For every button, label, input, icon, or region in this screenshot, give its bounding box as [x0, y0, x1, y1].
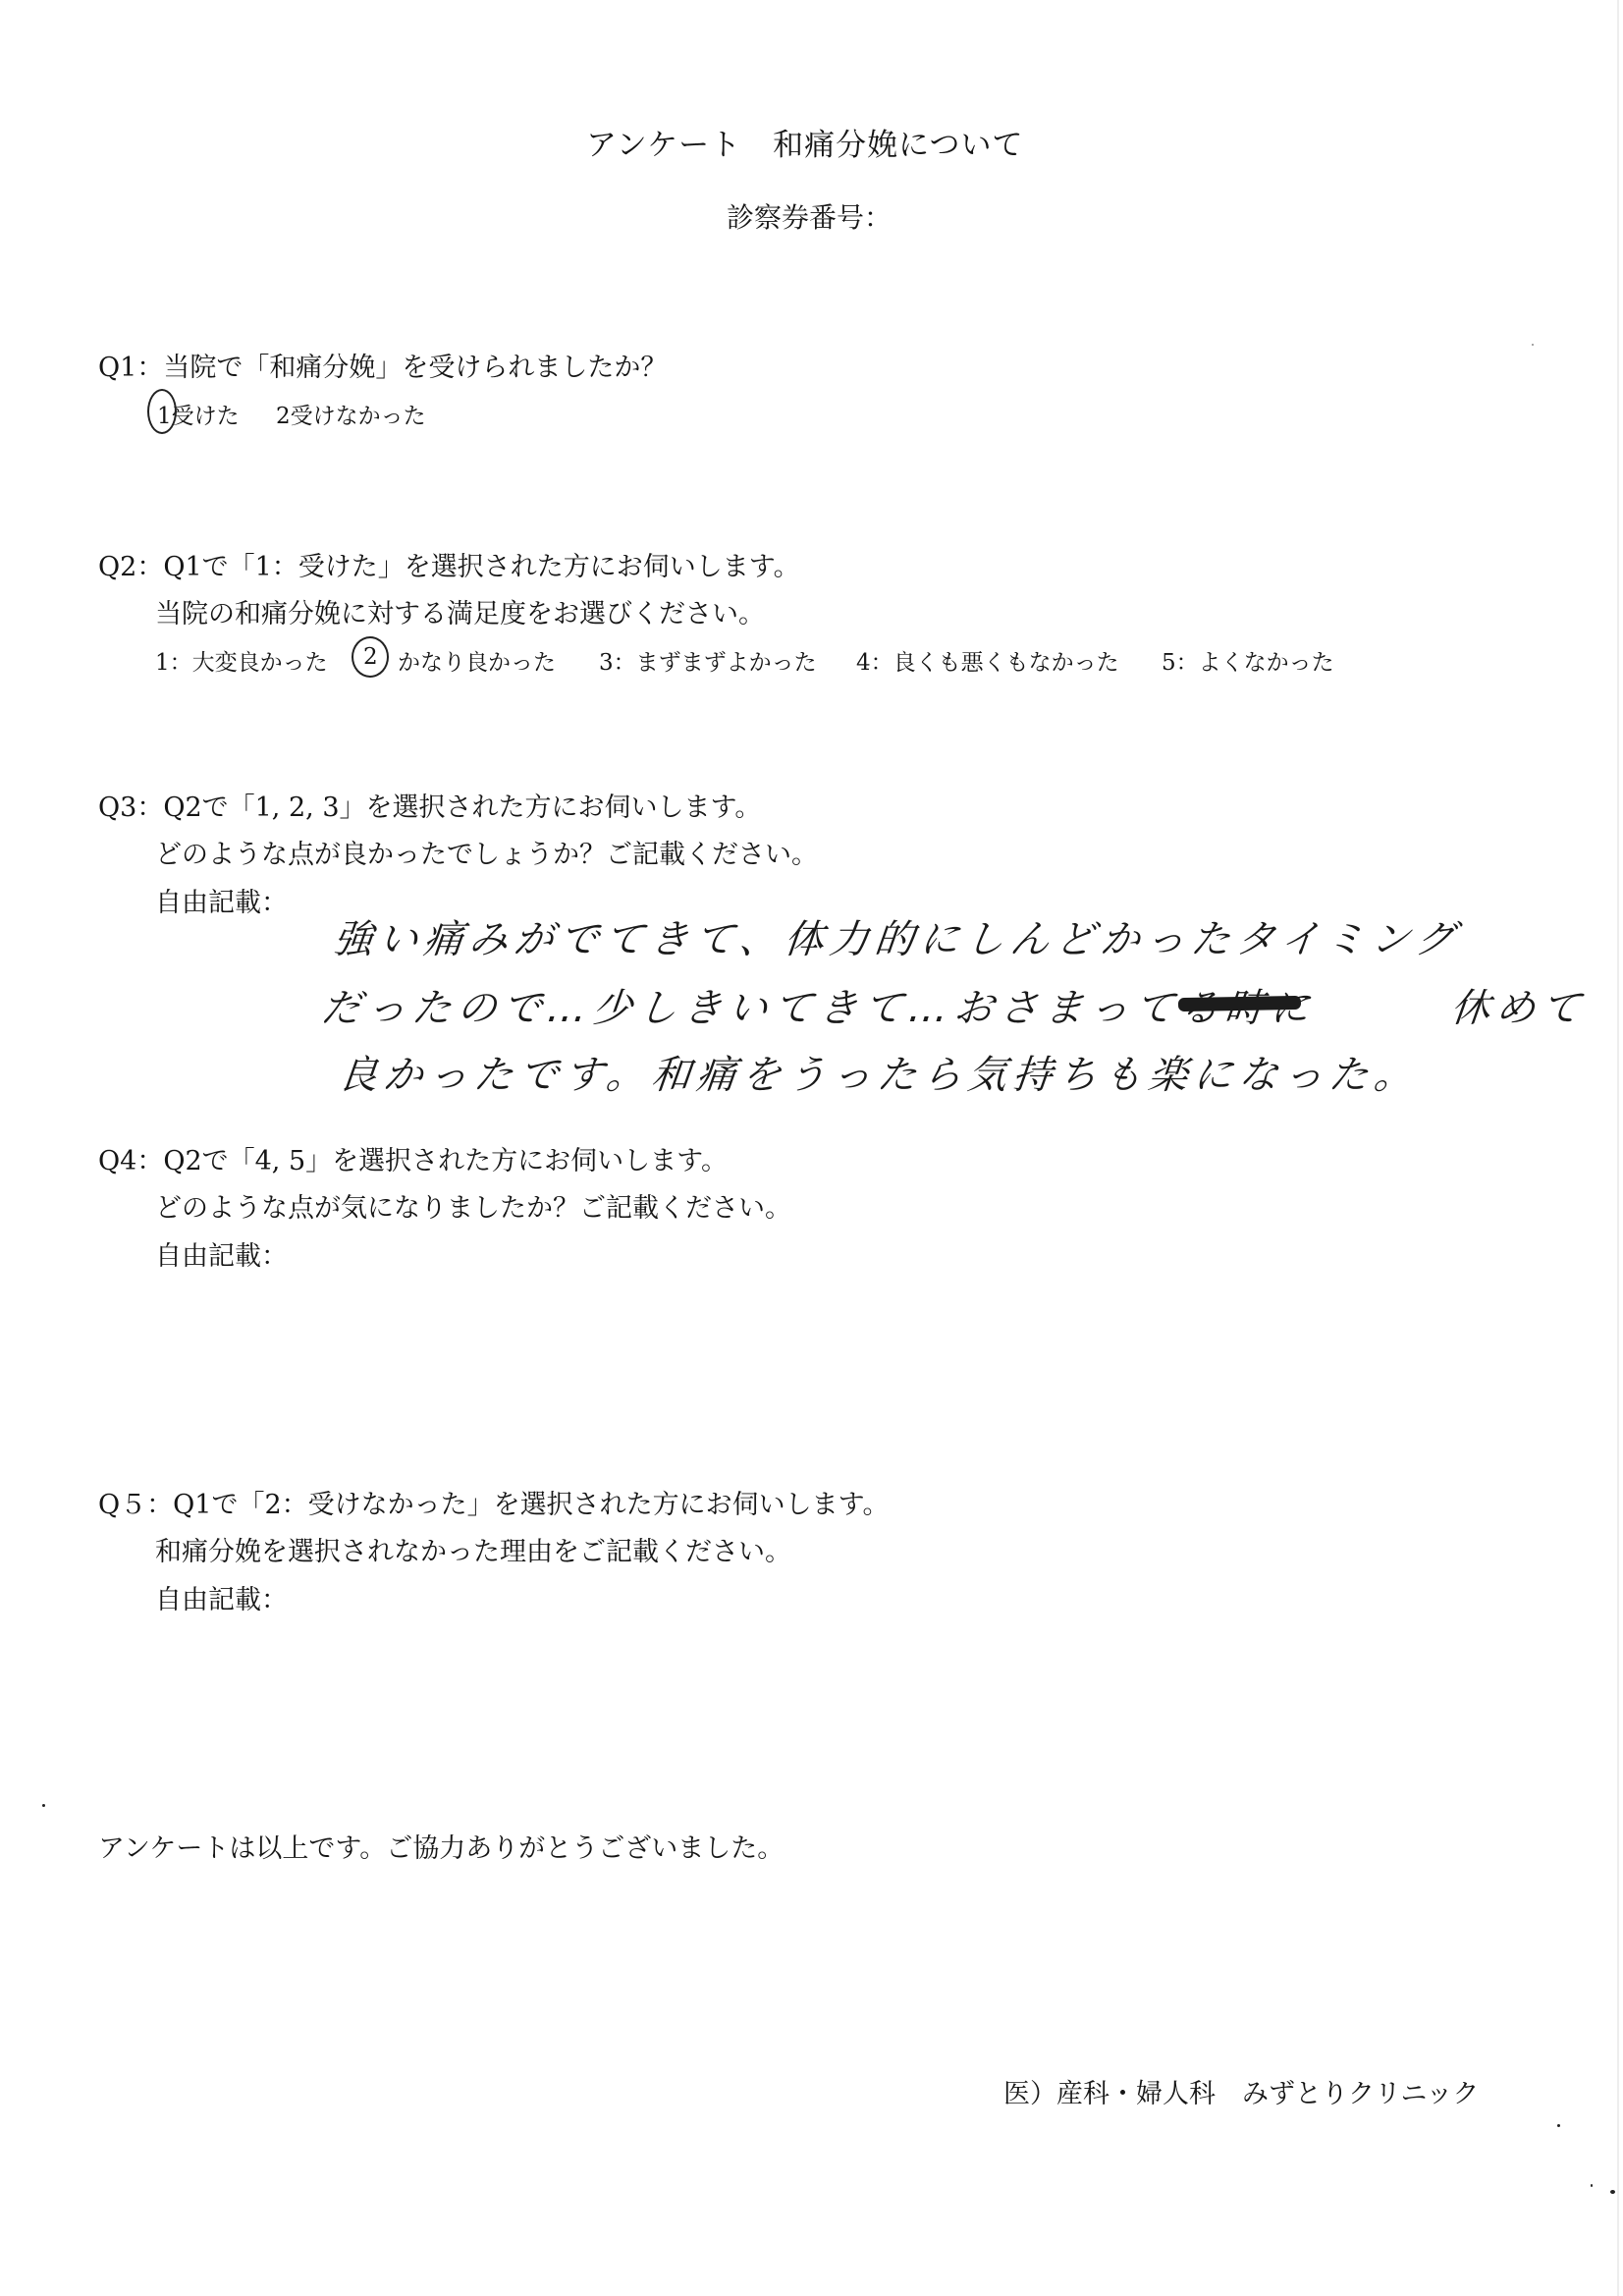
- q3-answer-line-1[interactable]: 強い痛みがでてきて、体力的にしんどかったタイミング: [331, 908, 1464, 964]
- q5-instruction: 和痛分娩を選択されなかった理由をご記載ください。: [155, 1530, 791, 1568]
- q1-question: Q1：当院で「和痛分娩」を受けられましたか？: [98, 346, 667, 384]
- scribbled-out-text: [1178, 996, 1301, 1011]
- q2-question: Q2：Q1で「1：受けた」を選択された方にお伺いします。: [98, 545, 800, 583]
- q2-option-1[interactable]: 1：大変良かった: [155, 644, 328, 677]
- scan-speck: [1610, 2190, 1615, 2194]
- q2-option-2-label[interactable]: かなり良かった: [398, 644, 556, 677]
- q4-instruction: どのような点が気になりましたか？ご記載ください。: [155, 1186, 791, 1225]
- q2-option-4[interactable]: 4：良くも悪くもなかった: [856, 644, 1119, 677]
- q5-question: Q５：Q1で「2：受けなかった」を選択された方にお伺いします。: [98, 1483, 889, 1521]
- card-number-label: 診察券番号：: [727, 196, 892, 236]
- closing-message: アンケートは以上です。ご協力ありがとうございました。: [98, 1827, 784, 1865]
- q3-instruction: どのような点が良かったでしょうか？ご記載ください。: [155, 833, 818, 871]
- scan-edge: [1617, 0, 1619, 2296]
- q2-selected-circle: [352, 636, 389, 678]
- q4-answer-area[interactable]: [334, 1277, 1414, 1453]
- scan-speck: [42, 1804, 45, 1807]
- q1-selected-circle: [147, 389, 177, 434]
- q5-answer-area[interactable]: [334, 1620, 1414, 1777]
- q2-instruction: 当院の和痛分娩に対する満足度をお選びください。: [155, 592, 765, 630]
- q2-option-3[interactable]: 3：まずまずよかった: [599, 644, 817, 677]
- q1-option-2[interactable]: 2受けなかった: [276, 398, 426, 430]
- scan-speck: [1557, 2124, 1560, 2127]
- q2-option-5[interactable]: 5：よくなかった: [1162, 644, 1334, 677]
- scan-speck: [1532, 344, 1534, 346]
- q4-question: Q4：Q2で「4, 5」を選択された方にお伺いします。: [98, 1139, 728, 1177]
- document-title: アンケート 和痛分娩について: [586, 120, 1024, 164]
- q3-free-label: 自由記載：: [155, 881, 288, 919]
- clinic-name: 医）産科・婦人科 みずとりクリニック: [1003, 2072, 1479, 2110]
- q5-free-label: 自由記載：: [155, 1578, 288, 1616]
- scan-speck: [1591, 2184, 1593, 2187]
- q4-free-label: 自由記載：: [155, 1234, 288, 1273]
- q3-question: Q3：Q2で「1, 2, 3」を選択された方にお伺いします。: [98, 786, 761, 824]
- q3-answer-line-3[interactable]: 良かったです。和痛をうったら気持ちも楽になった。: [336, 1044, 1423, 1100]
- q3-answer-line-2[interactable]: だったので…少しきいてきて…おさまってる時に 休めて: [319, 977, 1590, 1033]
